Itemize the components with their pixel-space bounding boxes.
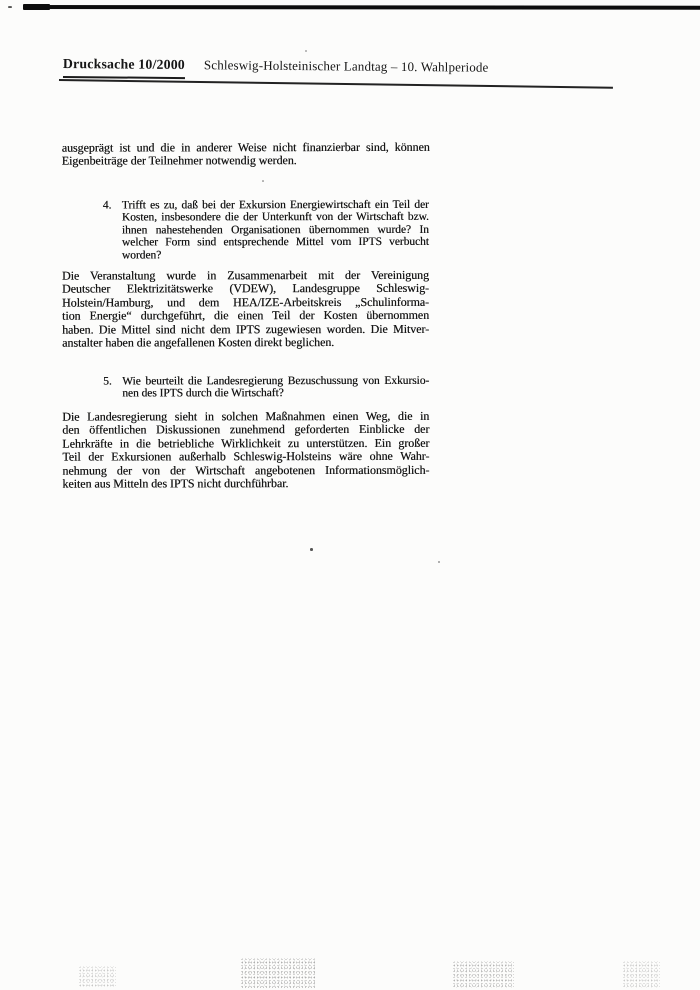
scanned-document-page: Drucksache 10/2000 Schleswig-Holsteinisc… <box>0 0 700 990</box>
scan-speck <box>438 561 440 563</box>
answer-4: Die Veranstaltung wurde in Zusammenarbei… <box>62 269 429 350</box>
scan-speck <box>262 180 264 182</box>
answer-5: Die Landesregierung sieht in solchen Maß… <box>62 410 429 491</box>
scan-noise-patch <box>240 958 316 988</box>
scan-noise-patch <box>452 961 514 988</box>
paragraph-continuation: ausgeprägt ist und die in anderer Weise … <box>62 141 430 169</box>
question-4: 4. Trifft es zu, daß bei der Exkursion E… <box>103 199 429 262</box>
scan-noise-patch <box>78 966 116 988</box>
scan-speck <box>305 50 307 52</box>
question-5-number: 5. <box>103 375 116 400</box>
question-5: 5. Wie beurteilt die Landesregierung Bez… <box>103 375 429 400</box>
question-5-text: Wie beurteilt die Landesregierung Bezusc… <box>122 375 429 400</box>
scan-speck <box>310 548 313 551</box>
question-4-number: 4. <box>103 199 116 261</box>
question-4-text: Trifft es zu, daß bei der Exkursion Ener… <box>122 199 429 262</box>
scan-noise-patch <box>622 961 660 988</box>
document-body: ausgeprägt ist und die in anderer Weise … <box>0 0 700 990</box>
